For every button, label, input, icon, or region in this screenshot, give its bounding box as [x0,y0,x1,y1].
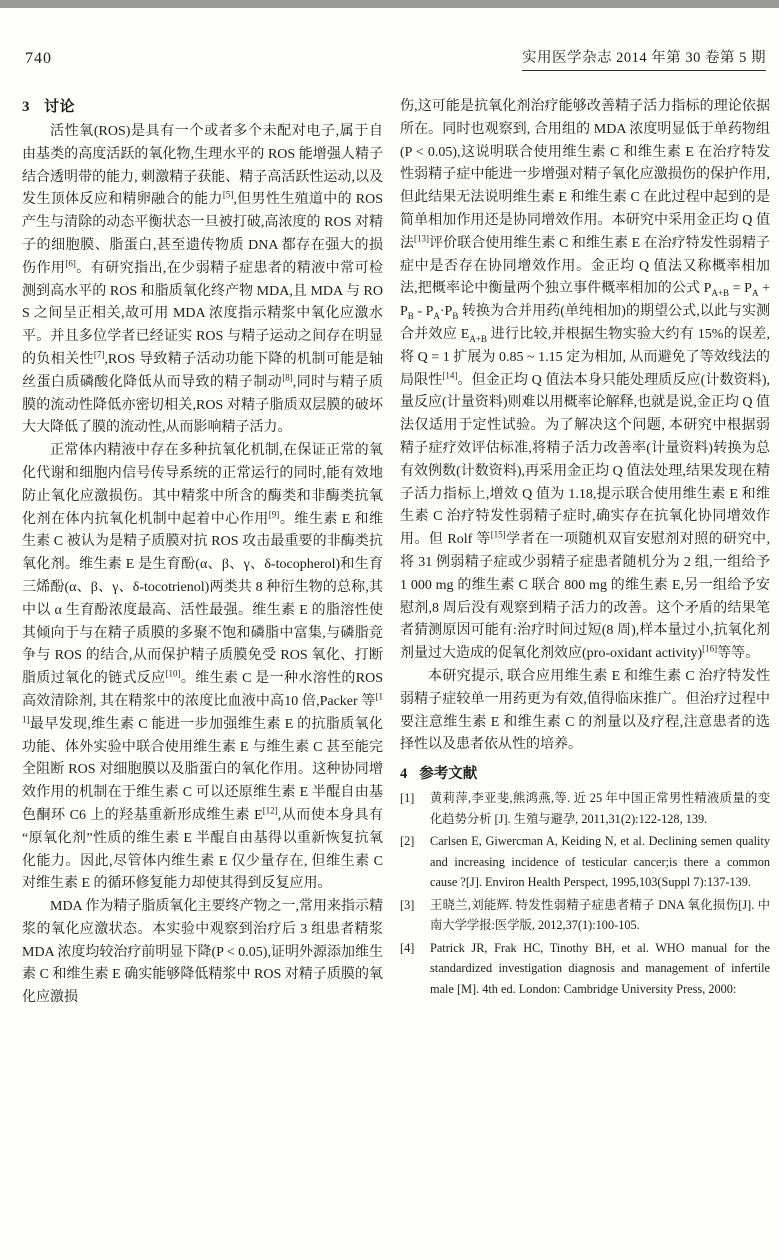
discussion-heading: 3讨论 [22,96,383,119]
reference-text: Patrick JR, Frak HC, Tinothy BH, et al. … [430,938,770,1000]
right-column: 伤,这可能是抗氧化剂治疗能够改善精子活力指标的理论依据所在。同时也观察到, 合用… [400,96,770,1010]
discussion-paragraph-continued: 伤,这可能是抗氧化剂治疗能够改善精子活力指标的理论依据所在。同时也观察到, 合用… [400,96,770,666]
reference-text: 王晓兰,刘能辉. 特发性弱精子症患者精子 DNA 氧化损伤[J]. 中南大学学报… [430,895,770,936]
discussion-paragraph: 本研究提示, 联合应用维生素 E 和维生素 C 治疗特发性弱精子症较单一用药更为… [400,666,770,757]
reference-label: [2] [400,831,430,852]
scan-edge-bar [0,0,779,8]
discussion-paragraph: MDA 作为精子脂质氧化主要终产物之一,常用来指示精浆的氧化应激状态。本实验中观… [22,896,383,1010]
reference-item: [4] Patrick JR, Frak HC, Tinothy BH, et … [400,938,770,1000]
discussion-paragraph: 正常体内精液中存在多种抗氧化机制,在保证正常的氧化代谢和细胞内信号传导系统的正常… [22,440,383,896]
reference-label: [1] [400,788,430,809]
journal-header: 实用医学杂志 2014 年第 30 卷第 5 期 [522,46,766,71]
reference-text: Carlsen E, Giwercman A, Keiding N, et al… [430,831,770,893]
page-number: 740 [25,50,52,68]
references-heading: 4参考文献 [400,763,770,785]
reference-text: 黄莉萍,李亚斐,熊鸿燕,等. 近 25 年中国正常男性精液质量的变化趋势分析 [… [430,788,770,829]
left-column: 3讨论 活性氧(ROS)是具有一个或者多个未配对电子,属于自由基类的高度活跃的氧… [22,96,383,1010]
references-heading-label: 参考文献 [419,766,477,782]
discussion-paragraph: 活性氧(ROS)是具有一个或者多个未配对电子,属于自由基类的高度活跃的氧化物,生… [22,121,383,440]
reference-item: [3] 王晓兰,刘能辉. 特发性弱精子症患者精子 DNA 氧化损伤[J]. 中南… [400,895,770,936]
reference-item: [2] Carlsen E, Giwercman A, Keiding N, e… [400,831,770,893]
references-heading-number: 4 [400,766,407,782]
reference-item: [1] 黄莉萍,李亚斐,熊鸿燕,等. 近 25 年中国正常男性精液质量的变化趋势… [400,788,770,829]
reference-label: [4] [400,938,430,959]
reference-label: [3] [400,895,430,916]
journal-page: 740 实用医学杂志 2014 年第 30 卷第 5 期 3讨论 活性氧(ROS… [0,0,779,1260]
discussion-heading-number: 3 [22,99,30,115]
two-column-body: 3讨论 活性氧(ROS)是具有一个或者多个未配对电子,属于自由基类的高度活跃的氧… [22,96,770,1010]
discussion-heading-label: 讨论 [44,99,75,115]
